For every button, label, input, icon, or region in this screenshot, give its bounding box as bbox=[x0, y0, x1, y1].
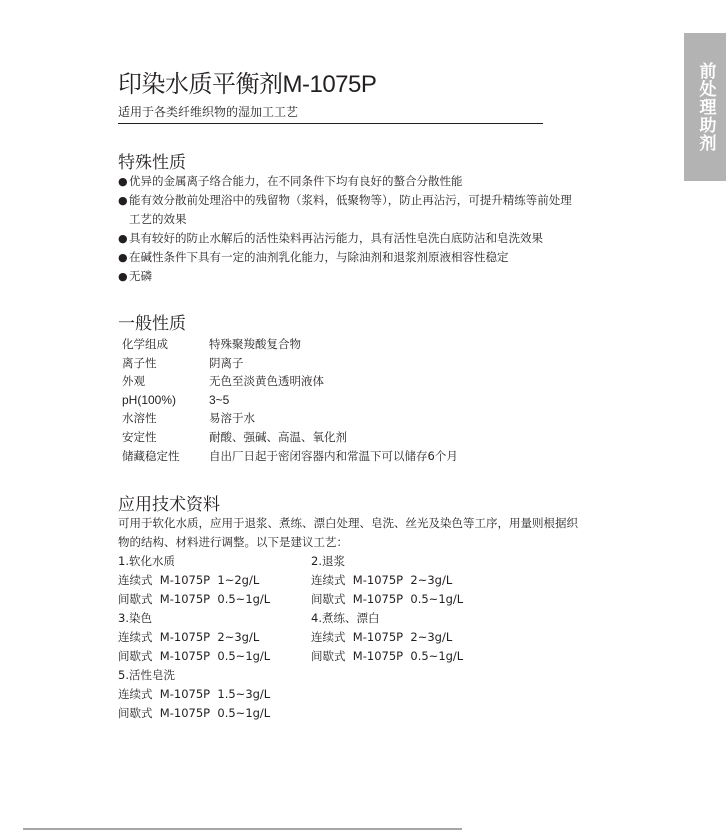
bullet-icon: ● bbox=[118, 267, 129, 286]
property-label: 离子性 bbox=[122, 354, 209, 373]
feature-item: ● 在碱性条件下具有一定的油剂乳化能力，与除油剂和退浆剂原液相容性稳定 bbox=[118, 248, 598, 267]
general-properties-heading: 一般性质 bbox=[118, 309, 186, 334]
property-label: 储藏稳定性 bbox=[122, 447, 209, 466]
process-continuous: 连续式 M-1075P 2~3g/L bbox=[311, 628, 511, 647]
feature-item: ● 无磷 bbox=[118, 267, 598, 286]
property-label: 安定性 bbox=[122, 428, 209, 447]
process-continuous: 连续式 M-1075P 1.5~3g/L bbox=[118, 685, 311, 704]
process-continuous: 连续式 M-1075P 1~2g/L bbox=[118, 571, 311, 590]
property-label: 化学组成 bbox=[122, 335, 209, 354]
application-intro: 可用于软化水质，应用于退浆、煮练、漂白处理、皂洗、丝光及染色等工序，用量则根据织… bbox=[118, 514, 578, 552]
process-batch: 间歇式 M-1075P 0.5~1g/L bbox=[118, 590, 311, 609]
special-properties-list: ● 优异的金属离子络合能力，在不同条件下均有良好的螯合分散性能 ● 能有效分散前… bbox=[118, 172, 598, 286]
process-batch: 间歇式 M-1075P 0.5~1g/L bbox=[118, 647, 311, 666]
process-continuous: 连续式 M-1075P 2~3g/L bbox=[118, 628, 311, 647]
feature-item: ● 优异的金属离子络合能力，在不同条件下均有良好的螯合分散性能 bbox=[118, 172, 598, 191]
bullet-icon: ● bbox=[118, 172, 129, 191]
process-block: 3.染色 连续式 M-1075P 2~3g/L 间歇式 M-1075P 0.5~… bbox=[118, 609, 311, 666]
process-title: 3.染色 bbox=[118, 609, 311, 628]
property-value: 3~5 bbox=[209, 391, 229, 410]
bullet-icon: ● bbox=[118, 229, 129, 248]
property-value: 特殊聚羧酸复合物 bbox=[209, 335, 301, 354]
footer-divider bbox=[23, 828, 462, 830]
property-value: 自出厂日起于密闭容器内和常温下可以储存6个月 bbox=[209, 447, 458, 466]
process-block: 1.软化水质 连续式 M-1075P 1~2g/L 间歇式 M-1075P 0.… bbox=[118, 552, 311, 609]
property-value: 耐酸、强碱、高温、氧化剂 bbox=[209, 428, 347, 447]
process-block: 2.退浆 连续式 M-1075P 2~3g/L 间歇式 M-1075P 0.5~… bbox=[311, 552, 511, 609]
feature-text: 具有较好的防止水解后的活性染料再沾污能力，具有活性皂洗白底防沾和皂洗效果 bbox=[129, 229, 543, 248]
bullet-icon: ● bbox=[118, 191, 129, 229]
feature-text: 无磷 bbox=[129, 267, 152, 286]
property-value: 易溶于水 bbox=[209, 409, 255, 428]
property-row: 化学组成 特殊聚羧酸复合物 bbox=[122, 335, 458, 354]
process-continuous: 连续式 M-1075P 2~3g/L bbox=[311, 571, 511, 590]
category-label: 前处理助剂 bbox=[697, 62, 714, 152]
product-title: 印染水质平衡剂M-1075P bbox=[118, 64, 376, 99]
process-recommendations: 1.软化水质 连续式 M-1075P 1~2g/L 间歇式 M-1075P 0.… bbox=[118, 552, 511, 723]
feature-text: 能有效分散前处理浴中的残留物（浆料，低聚物等），防止再沾污，可提升精练等前处理工… bbox=[129, 191, 579, 229]
process-batch: 间歇式 M-1075P 0.5~1g/L bbox=[311, 590, 511, 609]
property-row: 水溶性 易溶于水 bbox=[122, 409, 458, 428]
process-block: 4.煮练、漂白 连续式 M-1075P 2~3g/L 间歇式 M-1075P 0… bbox=[311, 609, 511, 666]
bullet-icon: ● bbox=[118, 248, 129, 267]
special-properties-heading: 特殊性质 bbox=[118, 148, 186, 173]
general-properties-table: 化学组成 特殊聚羧酸复合物 离子性 阴离子 外观 无色至淡黄色透明液体 pH(1… bbox=[122, 335, 458, 465]
property-label: 水溶性 bbox=[122, 409, 209, 428]
process-block: 5.活性皂洗 连续式 M-1075P 1.5~3g/L 间歇式 M-1075P … bbox=[118, 666, 311, 723]
property-label: 外观 bbox=[122, 372, 209, 391]
property-row: 储藏稳定性 自出厂日起于密闭容器内和常温下可以储存6个月 bbox=[122, 447, 458, 466]
feature-text: 优异的金属离子络合能力，在不同条件下均有良好的螯合分散性能 bbox=[129, 172, 463, 191]
property-row: 离子性 阴离子 bbox=[122, 354, 458, 373]
process-title: 4.煮练、漂白 bbox=[311, 609, 511, 628]
property-label: pH(100%) bbox=[122, 391, 209, 410]
feature-text: 在碱性条件下具有一定的油剂乳化能力，与除油剂和退浆剂原液相容性稳定 bbox=[129, 248, 509, 267]
property-value: 阴离子 bbox=[209, 354, 244, 373]
process-batch: 间歇式 M-1075P 0.5~1g/L bbox=[311, 647, 511, 666]
application-heading: 应用技术资料 bbox=[118, 490, 220, 515]
property-row: 外观 无色至淡黄色透明液体 bbox=[122, 372, 458, 391]
feature-item: ● 能有效分散前处理浴中的残留物（浆料，低聚物等），防止再沾污，可提升精练等前处… bbox=[118, 191, 598, 229]
process-title: 2.退浆 bbox=[311, 552, 511, 571]
product-subtitle: 适用于各类纤维织物的湿加工工艺 bbox=[118, 103, 543, 124]
process-title: 1.软化水质 bbox=[118, 552, 311, 571]
property-row: 安定性 耐酸、强碱、高温、氧化剂 bbox=[122, 428, 458, 447]
property-value: 无色至淡黄色透明液体 bbox=[209, 372, 324, 391]
process-batch: 间歇式 M-1075P 0.5~1g/L bbox=[118, 704, 311, 723]
property-row: pH(100%) 3~5 bbox=[122, 391, 458, 410]
feature-item: ● 具有较好的防止水解后的活性染料再沾污能力，具有活性皂洗白底防沾和皂洗效果 bbox=[118, 229, 598, 248]
category-side-tab: 前处理助剂 bbox=[684, 33, 726, 181]
process-title: 5.活性皂洗 bbox=[118, 666, 311, 685]
